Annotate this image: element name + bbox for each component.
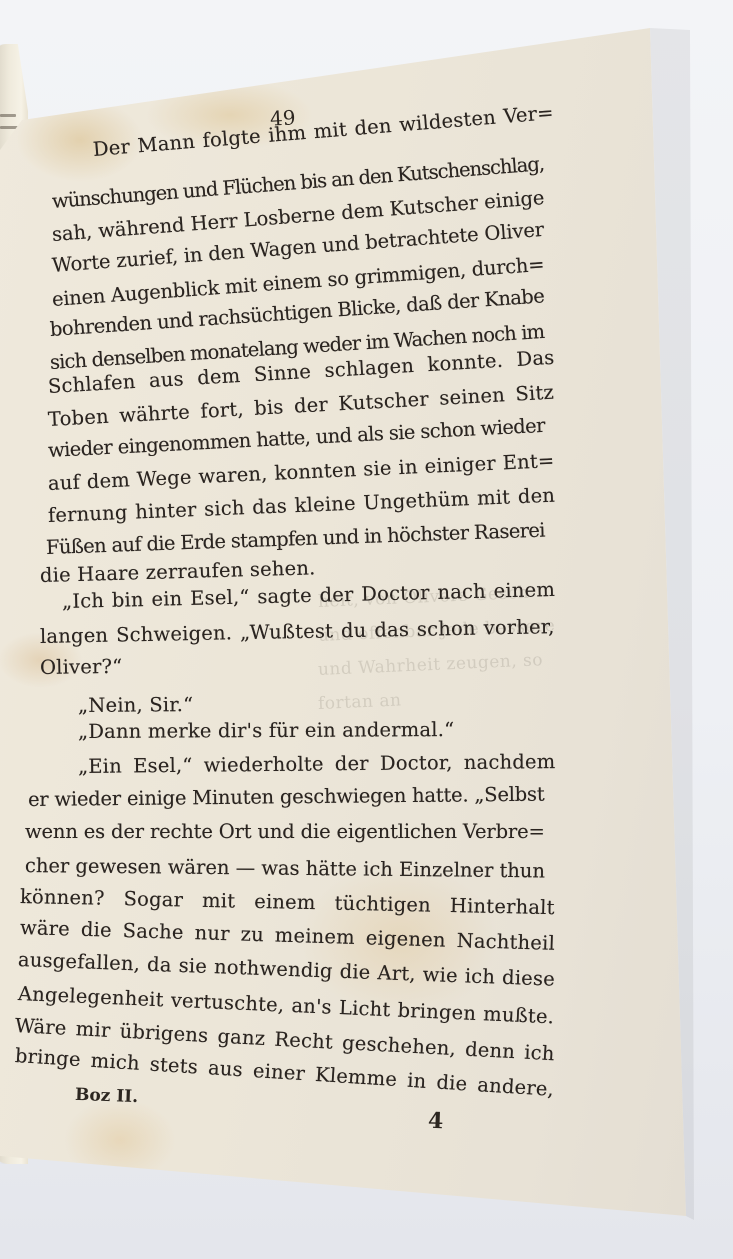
show-through-text: fortan an — [318, 690, 402, 714]
text-line: er wieder einige Minuten geschwiegen hat… — [28, 785, 545, 810]
text-line: wenn es der rechte Ort und die eigentlic… — [25, 822, 545, 842]
show-through-text: und Wahrheit zeugen, so — [318, 650, 544, 680]
text-line: „Ich bin ein Esel,“ sagte der Doctor nac… — [62, 580, 555, 612]
text-line: fernung hinter sich das kleine Ungethüm … — [48, 486, 556, 526]
text-line: „Dann merke dir's für ein andermal.“ — [78, 720, 454, 741]
text-line: wäre die Sache nur zu meinem eigenen Nac… — [20, 918, 556, 953]
text-line: Füßen auf die Erde stampfen und in höchs… — [46, 521, 545, 558]
text-line: „Ein Esel,“ wiederholte der Doctor, nach… — [78, 752, 556, 776]
text-line: Der Mann folgte ihm mit den wildesten Ve… — [92, 103, 554, 159]
text-line: ausgefallen, da sie nothwendig die Art, … — [18, 950, 556, 989]
signature-number: 4 — [428, 1108, 444, 1135]
signature-mark: Boz II. — [75, 1085, 139, 1107]
text-line: langen Schweigen. „Wußtest du das schon … — [40, 617, 555, 646]
text-line: die Haare zerraufen sehen. — [40, 558, 316, 585]
text-line: cher gewesen wären — was hätte ich Einze… — [25, 856, 545, 881]
text-line: „Nein, Sir.“ — [78, 695, 193, 716]
text-line: Oliver?“ — [40, 657, 123, 678]
book-page: heit, von Olivers Gesch und offenbar jed… — [0, 0, 733, 1259]
text-line: können? Sogar mit einem tüchtigen Hinter… — [20, 887, 555, 918]
